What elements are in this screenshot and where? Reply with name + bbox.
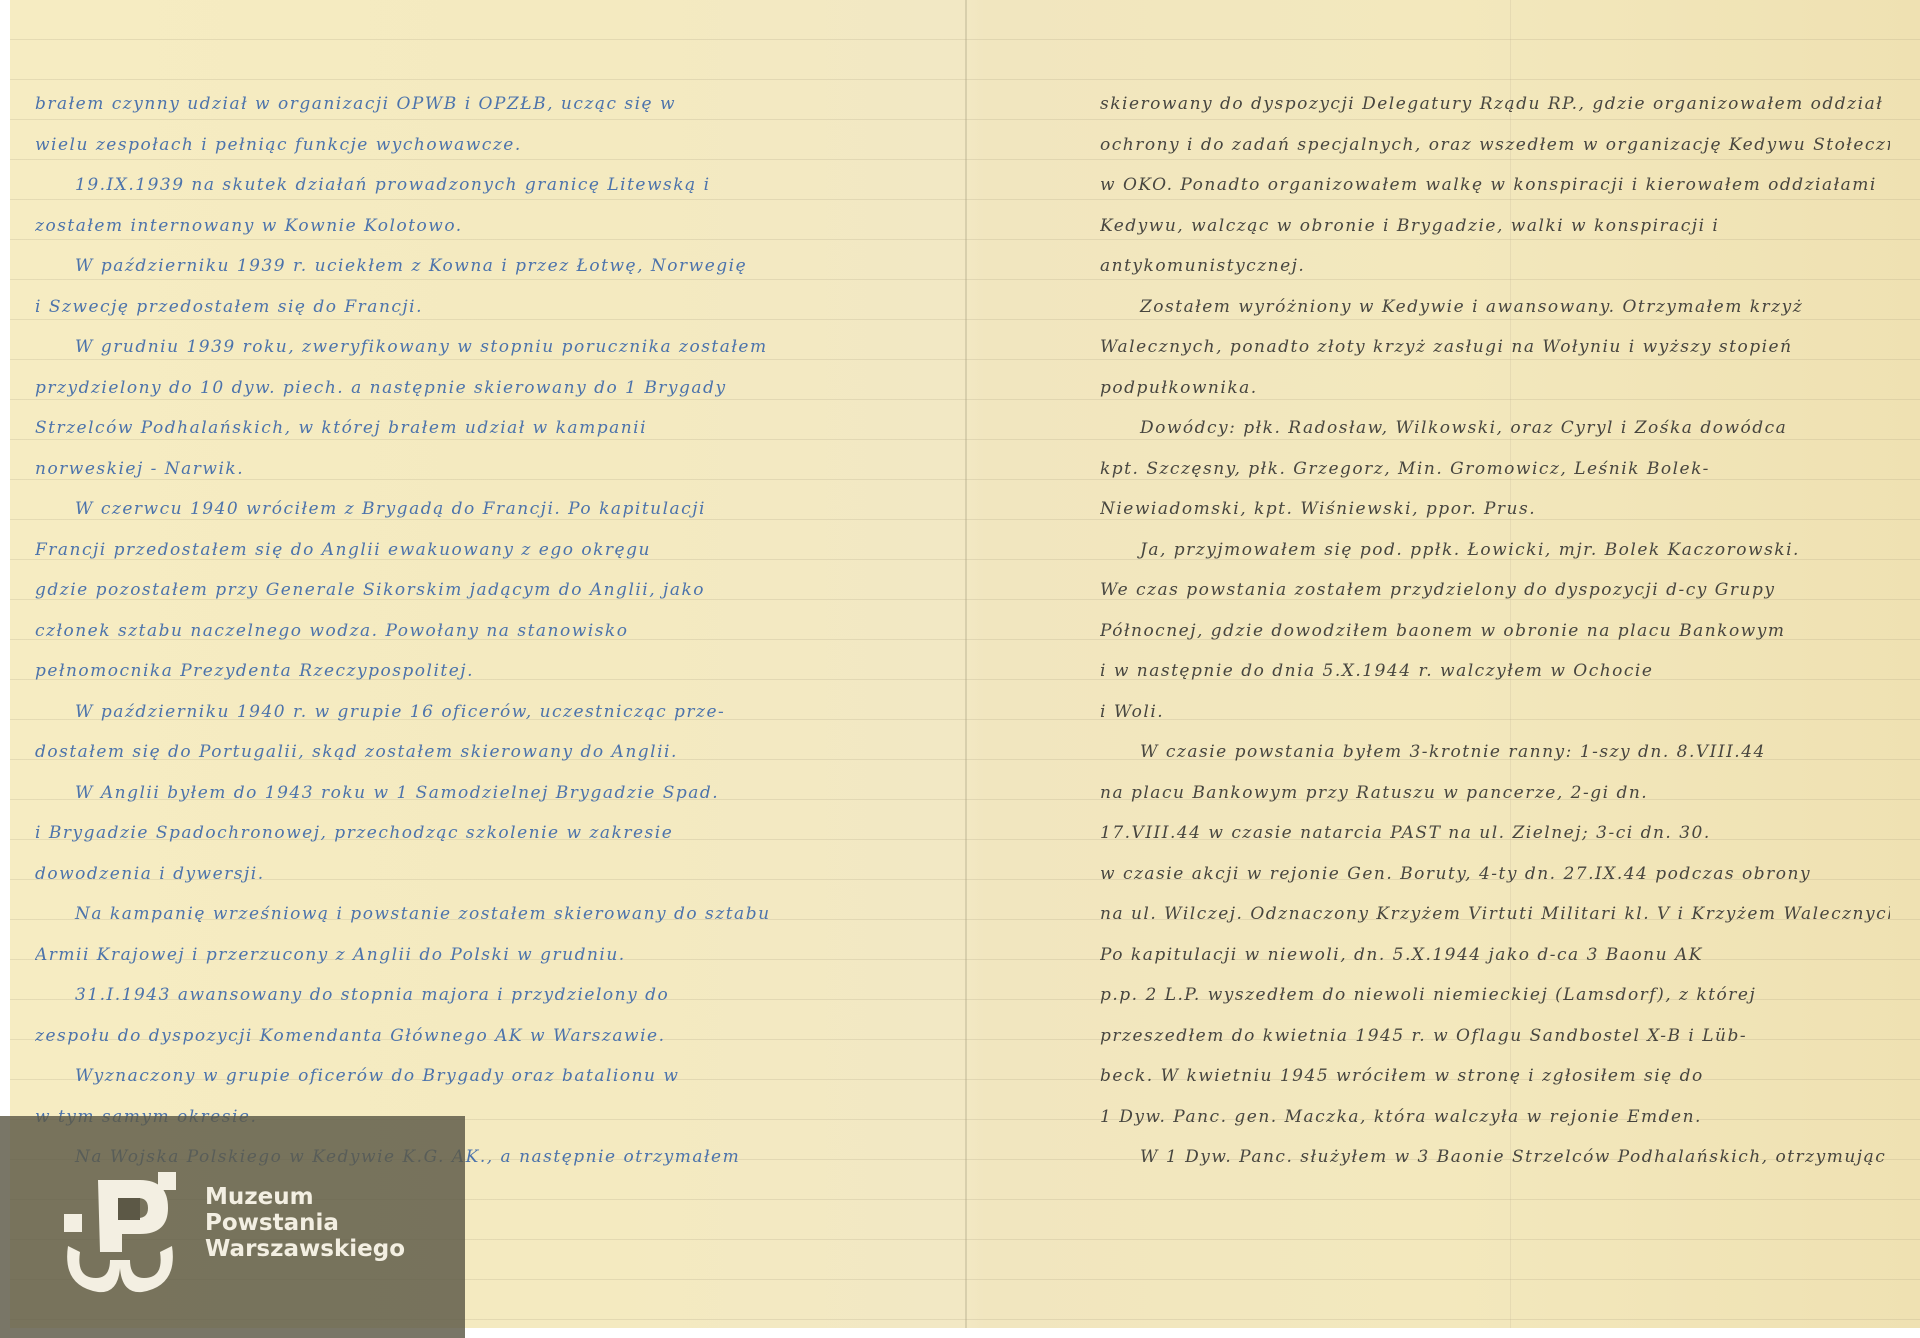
left-page-text: brałem czynny udział w organizacji OPWB … [35,84,845,1178]
handwritten-line: zespołu do dyspozycji Komendanta Główneg… [35,1016,845,1057]
page-fold [965,0,967,1328]
handwritten-line: ochrony i do zadań specjalnych, oraz wsz… [1100,125,1890,166]
handwritten-line: p.p. 2 L.P. wyszedłem do niewoli niemiec… [1100,975,1890,1016]
handwritten-line: W czasie powstania byłem 3-krotnie ranny… [1100,732,1890,773]
handwritten-line: beck. W kwietniu 1945 wróciłem w stronę … [1100,1056,1890,1097]
handwritten-line: Po kapitulacji w niewoli, dn. 5.X.1944 j… [1100,935,1890,976]
handwritten-line: w czasie akcji w rejonie Gen. Boruty, 4-… [1100,854,1890,895]
handwritten-line: na ul. Wilczej. Odznaczony Krzyżem Virtu… [1100,894,1890,935]
handwritten-line: 19.IX.1939 na skutek działań prowadzonyc… [35,165,845,206]
handwritten-line: Zostałem wyróżniony w Kedywie i awansowa… [1100,287,1890,328]
right-page-text: skierowany do dyspozycji Delegatury Rząd… [1100,84,1890,1178]
handwritten-line: kpt. Szczęsny, płk. Grzegorz, Min. Gromo… [1100,449,1890,490]
museum-name-line2: Powstania [205,1210,405,1236]
handwritten-line: w OKO. Ponadto organizowałem walkę w kon… [1100,165,1890,206]
handwritten-line: W grudniu 1939 roku, zweryfikowany w sto… [35,327,845,368]
handwritten-line: Walecznych, ponadto złoty krzyż zasługi … [1100,327,1890,368]
handwritten-line: Strzelców Podhalańskich, w której brałem… [35,408,845,449]
handwritten-line: Niewiadomski, kpt. Wiśniewski, ppor. Pru… [1100,489,1890,530]
handwritten-line: przydzielony do 10 dyw. piech. a następn… [35,368,845,409]
museum-watermark: Muzeum Powstania Warszawskiego [0,1116,465,1338]
handwritten-line: 17.VIII.44 w czasie natarcia PAST na ul.… [1100,813,1890,854]
handwritten-line: i Brygadzie Spadochronowej, przechodząc … [35,813,845,854]
handwritten-line: wielu zespołach i pełniąc funkcje wychow… [35,125,845,166]
kotwica-anchor-icon [60,1168,180,1298]
handwritten-line: antykomunistycznej. [1100,246,1890,287]
handwritten-line: Dowódcy: płk. Radosław, Wilkowski, oraz … [1100,408,1890,449]
handwritten-line: W Anglii byłem do 1943 roku w 1 Samodzie… [35,773,845,814]
handwritten-line: 31.I.1943 awansowany do stopnia majora i… [35,975,845,1016]
handwritten-line: W październiku 1940 r. w grupie 16 ofice… [35,692,845,733]
handwritten-line: na placu Bankowym przy Ratuszu w pancerz… [1100,773,1890,814]
handwritten-line: podpułkownika. [1100,368,1890,409]
handwritten-line: i Woli. [1100,692,1890,733]
handwritten-line: W czerwcu 1940 wróciłem z Brygadą do Fra… [35,489,845,530]
handwritten-line: przeszedłem do kwietnia 1945 r. w Oflagu… [1100,1016,1890,1057]
handwritten-line: Francji przedostałem się do Anglii ewaku… [35,530,845,571]
handwritten-line: 1 Dyw. Panc. gen. Maczka, która walczyła… [1100,1097,1890,1138]
handwritten-line: We czas powstania zostałem przydzielony … [1100,570,1890,611]
handwritten-line: członek sztabu naczelnego wodza. Powołan… [35,611,845,652]
handwritten-line: i Szwecję przedostałem się do Francji. [35,287,845,328]
museum-name-line1: Muzeum [205,1184,405,1210]
handwritten-line: Armii Krajowej i przerzucony z Anglii do… [35,935,845,976]
handwritten-line: brałem czynny udział w organizacji OPWB … [35,84,845,125]
handwritten-line: pełnomocnika Prezydenta Rzeczypospolitej… [35,651,845,692]
handwritten-line: zostałem internowany w Kownie Kolotowo. [35,206,845,247]
handwritten-line: Wyznaczony w grupie oficerów do Brygady … [35,1056,845,1097]
handwritten-line: Północnej, gdzie dowodziłem baonem w obr… [1100,611,1890,652]
handwritten-line: norweskiej - Narwik. [35,449,845,490]
handwritten-line: dowodzenia i dywersji. [35,854,845,895]
handwritten-line: skierowany do dyspozycji Delegatury Rząd… [1100,84,1890,125]
handwritten-line: Kedywu, walcząc w obronie i Brygadzie, w… [1100,206,1890,247]
handwritten-line: i w następnie do dnia 5.X.1944 r. walczy… [1100,651,1890,692]
handwritten-line: Na kampanię wrześniową i powstanie zosta… [35,894,845,935]
museum-name-line3: Warszawskiego [205,1236,405,1262]
handwritten-line: Ja, przyjmowałem się pod. ppłk. Łowicki,… [1100,530,1890,571]
handwritten-line: W październiku 1939 r. uciekłem z Kowna … [35,246,845,287]
handwritten-line: gdzie pozostałem przy Generale Sikorskim… [35,570,845,611]
handwritten-line: dostałem się do Portugalii, skąd zostałe… [35,732,845,773]
museum-name: Muzeum Powstania Warszawskiego [205,1184,405,1262]
handwritten-line: W 1 Dyw. Panc. służyłem w 3 Baonie Strze… [1100,1137,1890,1178]
